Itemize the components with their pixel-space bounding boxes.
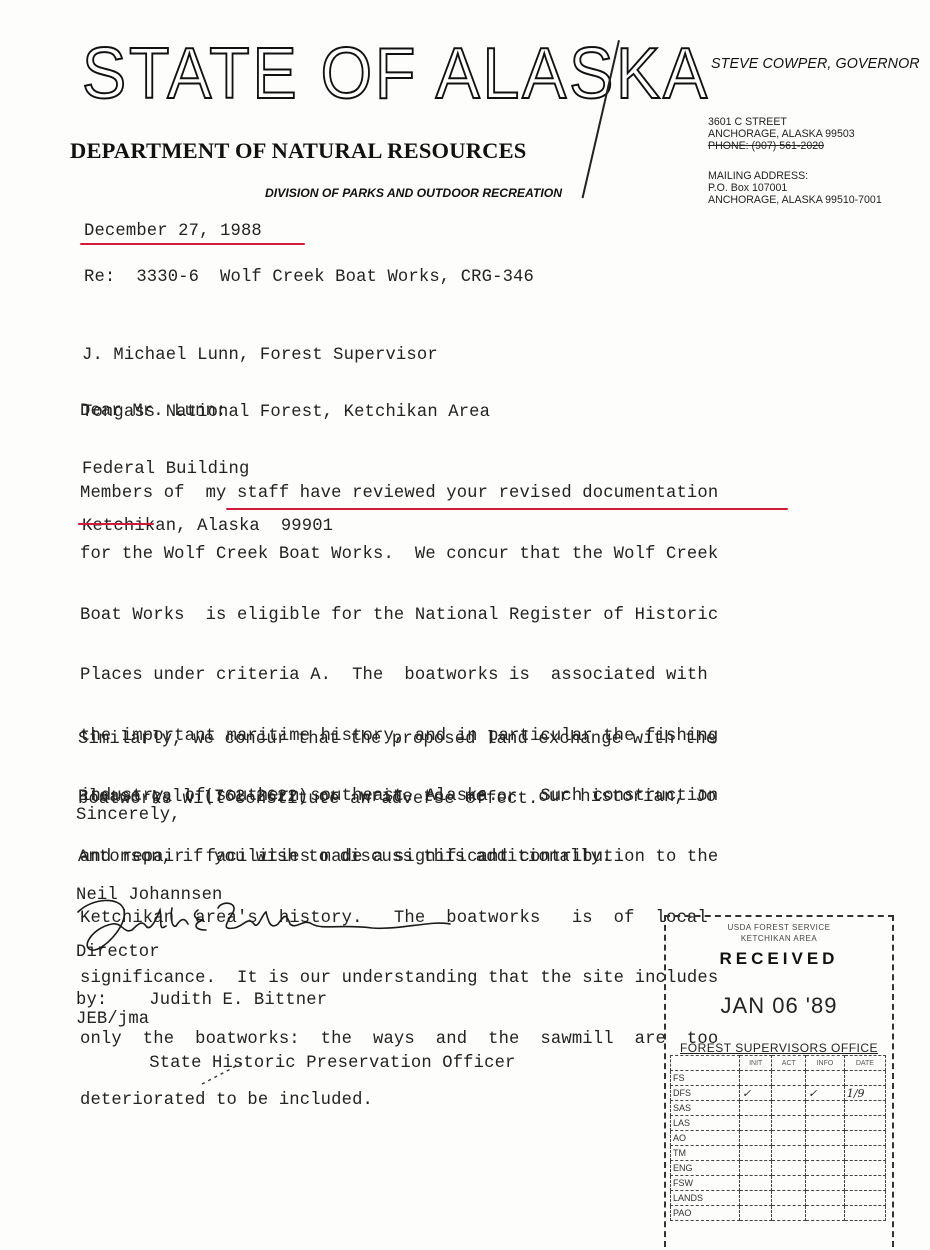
routing-row: LANDS [671,1191,886,1206]
routing-cell [844,1131,885,1146]
routing-cell [740,1176,772,1191]
by-block: by: Judith E. Bittner State Historic Pre… [76,948,516,1116]
date-red-underline [80,243,305,245]
stamp-area: KETCHIKAN AREA [666,934,892,943]
mailing-label: MAILING ADDRESS: [708,170,882,182]
routing-cell [806,1146,845,1161]
routing-row: SAS [671,1101,886,1116]
routing-cell [806,1191,845,1206]
routing-cell [740,1191,772,1206]
routing-cell [740,1071,772,1086]
routing-office-code: FS [671,1071,740,1086]
routing-cell [844,1071,885,1086]
routing-office-code: LANDS [671,1191,740,1206]
routing-col-header: ACT [772,1056,806,1071]
routing-office-code: TM [671,1146,740,1161]
received-stamp: USDA FOREST SERVICE KETCHIKAN AREA RECEI… [664,915,894,1247]
routing-cell: ✓ [740,1086,772,1101]
routing-office-code: FSW [671,1176,740,1191]
stamp-date: JAN 06 '89 [666,993,892,1019]
routing-row: DFS✓✓1/9 [671,1086,886,1101]
routing-row: ENG [671,1161,886,1176]
routing-cell [844,1191,885,1206]
routing-cell [740,1206,772,1221]
street-address: 3601 C STREET ANCHORAGE, ALASKA 99503 PH… [708,116,855,152]
body-line: Members of my staff have reviewed your r… [80,484,718,504]
stamp-office: FOREST SUPERVISORS OFFICE [666,1041,892,1055]
routing-cell [806,1116,845,1131]
mailing-po-box: P.O. Box 107001 [708,182,882,194]
routing-office-code: DFS [671,1086,740,1101]
routing-cell [844,1116,885,1131]
routing-col-header [671,1056,740,1071]
routing-row: PAO [671,1206,886,1221]
routing-col-header: DATE [844,1056,885,1071]
routing-cell [772,1161,806,1176]
street-line-1: 3601 C STREET [708,116,855,128]
routing-row: FSW [671,1176,886,1191]
body-line: Please call (762-2622) or write to me or… [78,788,716,808]
phone-struck: PHONE: (907) 561-2020 [708,140,855,152]
closing: Sincerely, [76,806,181,825]
by-label: by: [76,991,107,1010]
routing-cell [806,1176,845,1191]
department-name: DEPARTMENT OF NATURAL RESOURCES [70,138,527,164]
routing-header: INIT ACT INFO DATE [671,1056,886,1071]
reference-line: Re: 3330-6 Wolf Creek Boat Works, CRG-34… [84,268,534,287]
street-line-2: ANCHORAGE, ALASKA 99503 [708,128,855,140]
body-line: for the Wolf Creek Boat Works. We concur… [80,545,718,565]
routing-cell [772,1176,806,1191]
routing-cell [806,1131,845,1146]
routing-col-header: INIT [740,1056,772,1071]
letter-page: STATE OF ALASKA DEPARTMENT OF NATURAL RE… [0,0,930,1250]
routing-cell [806,1071,845,1086]
routing-cell [740,1116,772,1131]
routing-cell [772,1116,806,1131]
stamp-agency: USDA FOREST SERVICE [666,923,892,932]
routing-row: LAS [671,1116,886,1131]
letter-date: December 27, 1988 [84,222,262,241]
routing-office-code: PAO [671,1206,740,1221]
routing-cell [740,1131,772,1146]
routing-row: TM [671,1146,886,1161]
routing-cell [806,1206,845,1221]
stamp-status: RECEIVED [666,949,892,969]
routing-cell [806,1161,845,1176]
routing-cell: 1/9 [844,1086,885,1101]
register-red-underline [226,508,788,510]
routing-cell [806,1101,845,1116]
by-name: Judith E. Bittner [149,991,327,1010]
routing-table: INIT ACT INFO DATE FSDFS✓✓1/9SASLASAOTME… [670,1055,886,1221]
governor-name: STEVE COWPER, GOVERNOR [711,56,920,72]
routing-row: FS [671,1071,886,1086]
routing-cell [772,1206,806,1221]
routing-office-code: LAS [671,1116,740,1131]
routing-cell [740,1146,772,1161]
stray-pen-mark [200,1058,260,1088]
recipient-line: J. Michael Lunn, Forest Supervisor [82,346,490,365]
routing-cell [772,1131,806,1146]
body-line: Boat Works is eligible for the National … [80,606,718,626]
body-line: Similarly, we concur that the proposed l… [78,730,716,750]
routing-cell [772,1146,806,1161]
routing-cell [772,1191,806,1206]
mailing-address: MAILING ADDRESS: P.O. Box 107001 ANCHORA… [708,170,882,206]
routing-cell [844,1101,885,1116]
routing-col-header: INFO [806,1056,845,1071]
routing-cell [740,1101,772,1116]
salutation: Dear Mr. Lunn: [80,402,227,421]
routing-office-code: SAS [671,1101,740,1116]
routing-cell: ✓ [806,1086,845,1101]
routing-cell [844,1176,885,1191]
places-red-underline [78,523,154,525]
routing-office-code: AO [671,1131,740,1146]
routing-cell [772,1101,806,1116]
routing-cell [844,1146,885,1161]
routing-office-code: ENG [671,1161,740,1176]
routing-cell [844,1161,885,1176]
division-name: DIVISION OF PARKS AND OUTDOOR RECREATION [265,186,562,200]
routing-row: AO [671,1131,886,1146]
routing-cell [740,1161,772,1176]
mailing-city: ANCHORAGE, ALASKA 99510-7001 [708,194,882,206]
routing-cell [772,1086,806,1101]
body-line: Places under criteria A. The boatworks i… [80,666,718,686]
routing-cell [844,1206,885,1221]
typist-initials: JEB/jma [76,1010,149,1029]
routing-cell [772,1071,806,1086]
